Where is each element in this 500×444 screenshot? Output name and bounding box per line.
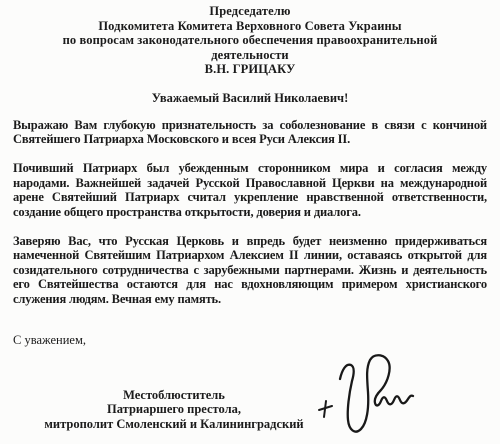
closing-salutation: С уважением, <box>13 333 487 348</box>
paragraph-line: Выражаю Вам глубокую признательность за … <box>13 118 487 133</box>
recipient-line-3: по вопросам законодательного обеспечения… <box>13 33 487 48</box>
paragraph-line: народами. Важнейшей задачей Русской Прав… <box>13 176 487 191</box>
recipient-name: В.Н. ГРИЦАКУ <box>13 62 487 77</box>
paragraph-line: арене Святейший Патриарх считал укреплен… <box>13 190 487 205</box>
paragraph-line: Почивший Патриарх был убежденным сторонн… <box>13 161 487 176</box>
paragraph-3: Заверяю Вас, что Русская Церковь и впред… <box>13 234 487 307</box>
handwritten-signature-icon <box>315 350 440 444</box>
paragraph-line: Святейшего Патриарха Московского и всея … <box>13 132 487 147</box>
paragraph-2: Почивший Патриарх был убежденным сторонн… <box>13 161 487 219</box>
paragraph-line: служения людям. Вечная ему память. <box>13 292 487 307</box>
paragraph-line: его Святейшества остаются для нас вдохно… <box>13 277 487 292</box>
recipient-line-2: Подкомитета Комитета Верховного Совета У… <box>13 19 487 34</box>
recipient-block: Председателю Подкомитета Комитета Верхов… <box>13 4 487 77</box>
signatory-line-2: Патриаршего престола, <box>13 402 335 417</box>
signatory-title: Местоблюститель Патриаршего престола, ми… <box>13 388 335 432</box>
letter-page: Председателю Подкомитета Комитета Верхов… <box>0 0 500 444</box>
paragraph-line: намеченной Святейшим Патриархом Алексием… <box>13 248 487 263</box>
paragraph-line: созидательного сотрудничества с зарубежн… <box>13 263 487 278</box>
recipient-line-4: деятельности <box>13 48 487 63</box>
signatory-line-3: митрополит Смоленский и Калининградский <box>13 417 335 432</box>
signatory-line-1: Местоблюститель <box>13 388 335 403</box>
paragraph-line: Заверяю Вас, что Русская Церковь и впред… <box>13 234 487 249</box>
paragraph-1: Выражаю Вам глубокую признательность за … <box>13 118 487 147</box>
salutation: Уважаемый Василий Николаевич! <box>13 91 487 106</box>
paragraph-line: создание общего пространства открытости,… <box>13 205 487 220</box>
recipient-line-1: Председателю <box>13 4 487 19</box>
signature-block: Местоблюститель Патриаршего престола, ми… <box>13 388 487 432</box>
